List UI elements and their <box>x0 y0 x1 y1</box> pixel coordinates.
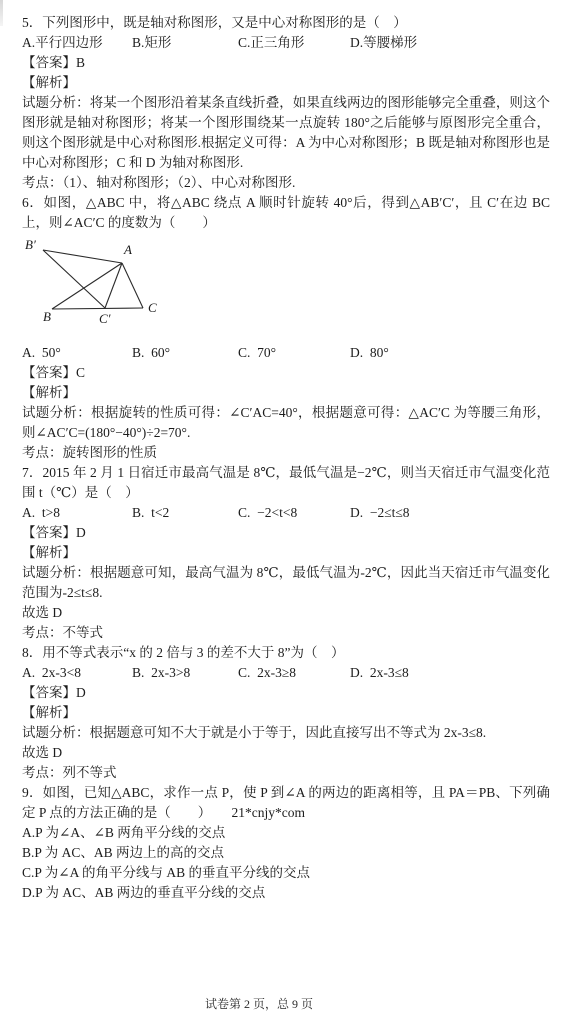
edge-AB <box>52 263 122 309</box>
analysis-text: 试题分析：根据旋转的性质可得：∠C′AC=40°，根据题意可得：△AC′C 为等… <box>22 403 550 443</box>
question-8-stem: 8．用不等式表示“x 的 2 倍与 3 的差不大于 8”为（ ） <box>22 643 550 663</box>
topic-line: 考点：（1）、轴对称图形；（2）、中心对称图形. <box>22 173 550 193</box>
option-a: A. 50° <box>22 343 132 363</box>
analysis-heading: 【解析】 <box>22 543 550 563</box>
option-b: B.矩形 <box>132 33 238 53</box>
vertex-label-c-prime: C′ <box>99 311 111 326</box>
edge-BC <box>52 308 143 309</box>
question-7: 7．2015 年 2 月 1 日宿迁市最高气温是 8℃，最低气温是−2℃，则当天… <box>22 463 550 643</box>
option-b: B. 2x-3>8 <box>132 663 238 683</box>
topic-line: 考点：不等式 <box>22 623 550 643</box>
option-b: B. t<2 <box>132 503 238 523</box>
analysis-text: 试题分析：将某一个图形沿着某条直线折叠，如果直线两边的图形能够完全重叠，则这个图… <box>22 93 550 173</box>
option-b: B.P 为 AC、AB 两边上的高的交点 <box>22 843 550 863</box>
answer-line: 【答案】D <box>22 523 550 543</box>
answer-line: 【答案】C <box>22 363 550 383</box>
question-6-stem: 6．如图，△ABC 中，将△ABC 绕点 A 顺时针旋转 40°后，得到△AB′… <box>22 193 550 233</box>
analysis-heading: 【解析】 <box>22 703 550 723</box>
option-d: D. 2x-3≤8 <box>350 663 550 683</box>
vertex-label-c: C <box>148 300 157 315</box>
answer-line: 【答案】D <box>22 683 550 703</box>
option-c: C.P 为∠A 的角平分线与 AB 的垂直平分线的交点 <box>22 863 550 883</box>
question-9-stem: 9．如图，已知△ABC，求作一点 P，使 P 到∠A 的两边的距离相等，且 PA… <box>22 783 550 823</box>
page-content: 5．下列图形中，既是轴对称图形，又是中心对称图形的是（ ） A.平行四边形 B.… <box>0 0 574 903</box>
analysis-text: 试题分析：根据题意可知不大于就是小于等于，因此直接写出不等式为 2x-3≤8. <box>22 723 550 743</box>
question-8-options: A. 2x-3<8 B. 2x-3>8 C. 2x-3≥8 D. 2x-3≤8 <box>22 663 550 683</box>
analysis-heading: 【解析】 <box>22 73 550 93</box>
option-d: D.等腰梯形 <box>350 33 550 53</box>
vertex-label-b-prime: B′ <box>25 237 36 252</box>
question-5-stem: 5．下列图形中，既是轴对称图形，又是中心对称图形的是（ ） <box>22 13 550 33</box>
question-9-options: A.P 为∠A、∠B 两角平分线的交点 B.P 为 AC、AB 两边上的高的交点… <box>22 823 550 903</box>
scan-artifact <box>0 0 3 26</box>
vertex-label-a: A <box>123 242 132 257</box>
edge-AC <box>122 263 143 308</box>
question-5: 5．下列图形中，既是轴对称图形，又是中心对称图形的是（ ） A.平行四边形 B.… <box>22 13 550 193</box>
option-c: C.正三角形 <box>238 33 350 53</box>
question-7-stem: 7．2015 年 2 月 1 日宿迁市最高气温是 8℃，最低气温是−2℃，则当天… <box>22 463 550 503</box>
option-a: A.平行四边形 <box>22 33 132 53</box>
option-c: C. 70° <box>238 343 350 363</box>
question-6: 6．如图，△ABC 中，将△ABC 绕点 A 顺时针旋转 40°后，得到△AB′… <box>22 193 550 463</box>
option-a: A. t>8 <box>22 503 132 523</box>
option-c: C. −2<t<8 <box>238 503 350 523</box>
question-8: 8．用不等式表示“x 的 2 倍与 3 的差不大于 8”为（ ） A. 2x-3… <box>22 643 550 783</box>
question-6-figure: B′ A B C′ C <box>22 233 550 343</box>
option-d: D. 80° <box>350 343 550 363</box>
analysis-heading: 【解析】 <box>22 383 550 403</box>
exam-paper-page: 5．下列图形中，既是轴对称图形，又是中心对称图形的是（ ） A.平行四边形 B.… <box>0 0 574 1024</box>
choice-line: 故选 D <box>22 743 550 763</box>
option-a: A.P 为∠A、∠B 两角平分线的交点 <box>22 823 550 843</box>
option-a: A. 2x-3<8 <box>22 663 132 683</box>
rotated-triangle-figure: B′ A B C′ C <box>22 237 202 337</box>
choice-line: 故选 D <box>22 603 550 623</box>
option-d: D. −2≤t≤8 <box>350 503 550 523</box>
question-7-options: A. t>8 B. t<2 C. −2<t<8 D. −2≤t≤8 <box>22 503 550 523</box>
page-footer: 试卷第 2 页，总 9 页 <box>0 994 546 1014</box>
option-b: B. 60° <box>132 343 238 363</box>
topic-line: 考点：列不等式 <box>22 763 550 783</box>
analysis-text: 试题分析：根据题意可知，最高气温为 8℃，最低气温为-2℃，因此当天宿迁市气温变… <box>22 563 550 603</box>
edge-ACprime <box>105 263 122 308</box>
question-6-options: A. 50° B. 60° C. 70° D. 80° <box>22 343 550 363</box>
answer-line: 【答案】B <box>22 53 550 73</box>
question-9: 9．如图，已知△ABC，求作一点 P，使 P 到∠A 的两边的距离相等，且 PA… <box>22 783 550 903</box>
question-5-options: A.平行四边形 B.矩形 C.正三角形 D.等腰梯形 <box>22 33 550 53</box>
option-c: C. 2x-3≥8 <box>238 663 350 683</box>
vertex-label-b: B <box>43 309 51 324</box>
topic-line: 考点：旋转图形的性质 <box>22 443 550 463</box>
option-d: D.P 为 AC、AB 两边的垂直平分线的交点 <box>22 883 550 903</box>
